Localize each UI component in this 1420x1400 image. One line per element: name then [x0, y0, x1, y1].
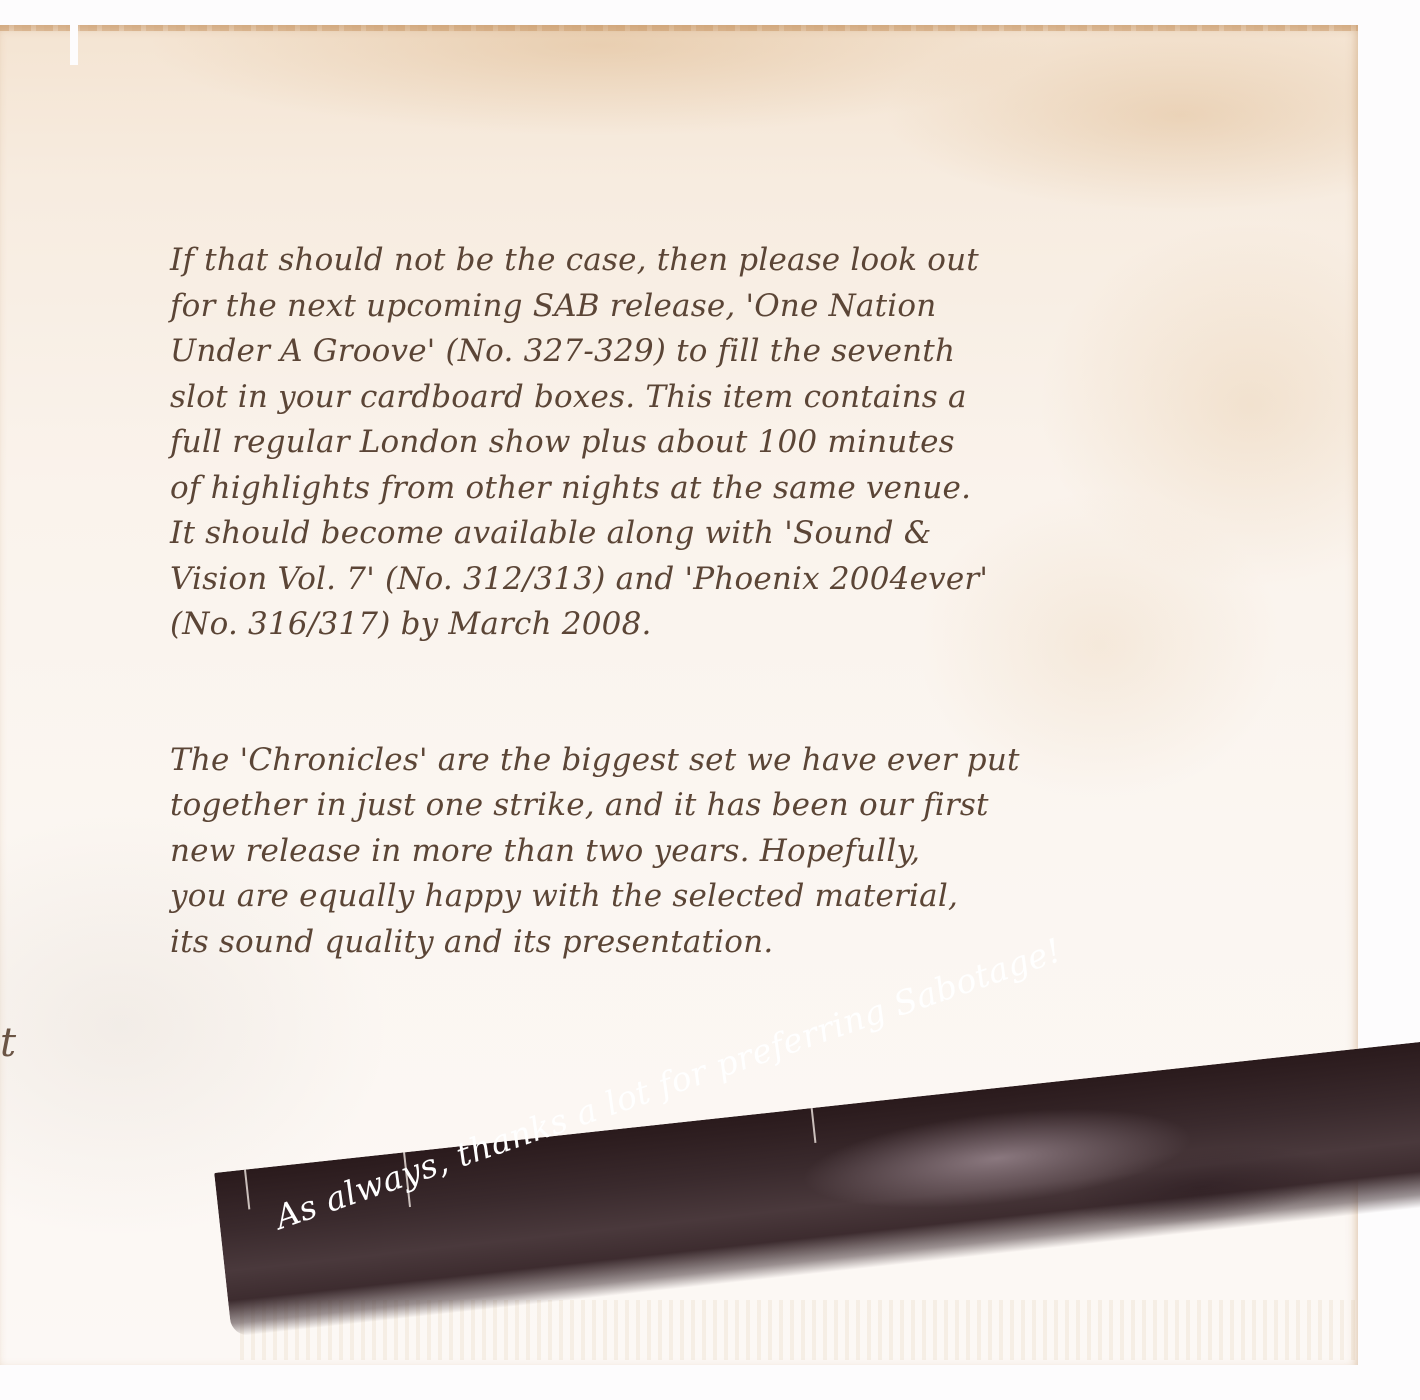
- letter-line: The 'Chronicles' are the biggest set we …: [170, 738, 1320, 784]
- margin-scribble: t: [0, 1020, 16, 1066]
- paper-stained-top-edge: [0, 25, 1358, 31]
- paragraph-chronicles: The 'Chronicles' are the biggest set we …: [170, 738, 1320, 966]
- letter-line: Vision Vol. 7' (No. 312/313) and 'Phoeni…: [170, 557, 1320, 603]
- letter-line: together in just one strike, and it has …: [170, 783, 1320, 829]
- letter-line: It should become available along with 'S…: [170, 511, 1320, 557]
- letter-line: for the next upcoming SAB release, 'One …: [170, 284, 1320, 330]
- letter-line: of highlights from other nights at the s…: [170, 466, 1320, 512]
- letter-line: Under A Groove' (No. 327-329) to fill th…: [170, 329, 1320, 375]
- letter-line: new release in more than two years. Hope…: [170, 829, 1320, 875]
- ink-crack: [244, 1170, 250, 1210]
- letter-line: you are equally happy with the selected …: [170, 874, 1320, 920]
- letter-line: slot in your cardboard boxes. This item …: [170, 375, 1320, 421]
- letter-line: its sound quality and its presentation.: [170, 920, 1320, 966]
- paragraph-release-info: If that should not be the case, then ple…: [170, 238, 1320, 648]
- paper-tear-notch: [70, 25, 78, 65]
- letter-line: full regular London show plus about 100 …: [170, 420, 1320, 466]
- letter-page: t If that should not be the case, then p…: [0, 0, 1420, 1400]
- thank-you-banner: As always, thanks a lot for preferring S…: [220, 1080, 1420, 1400]
- ink-crack: [811, 1108, 817, 1143]
- letter-line: If that should not be the case, then ple…: [170, 238, 1320, 284]
- handwritten-letter-body: If that should not be the case, then ple…: [170, 238, 1320, 965]
- letter-line: (No. 316/317) by March 2008.: [170, 602, 1320, 648]
